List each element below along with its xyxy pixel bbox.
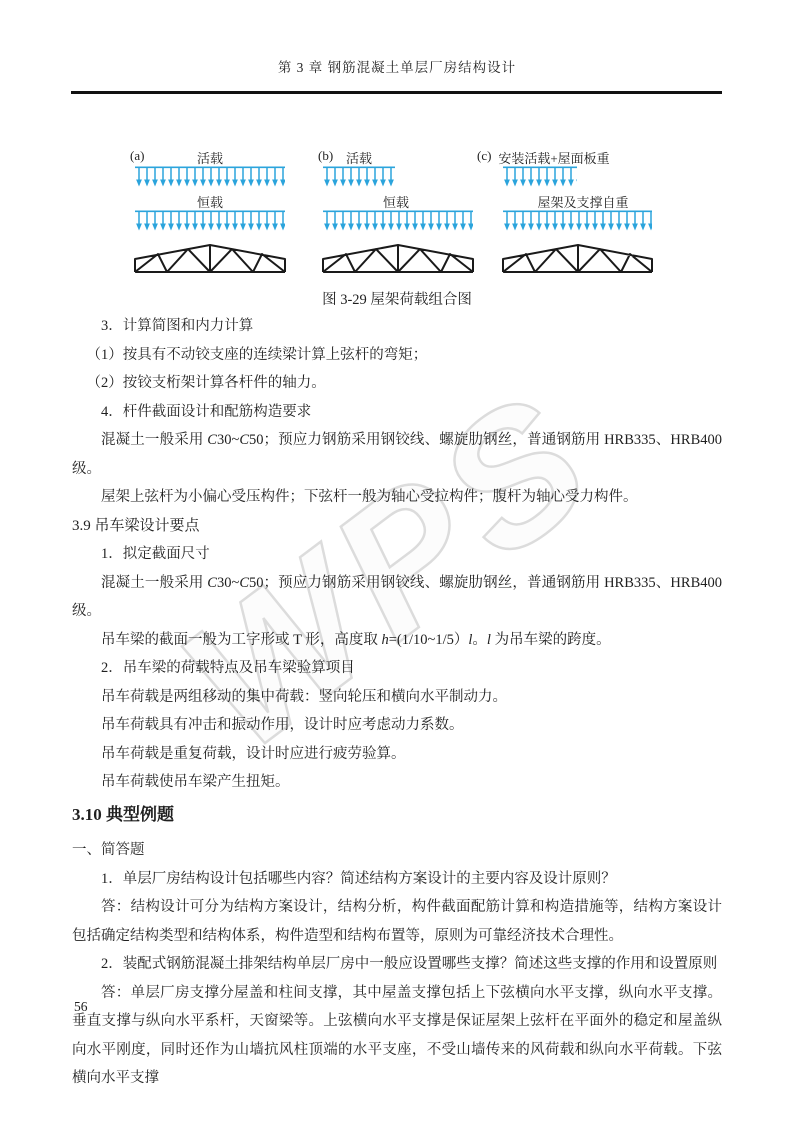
truss-load-panel-c: (c) 安装活载+屋面板重 屋架及支撑自重	[473, 146, 663, 278]
figure-3-29: (a) 活载 恒载 (b) 活载	[0, 146, 793, 316]
question-1: 1．单层厂房结构设计包括哪些内容？简述结构方案设计的主要内容及设计原则？	[72, 865, 722, 894]
paragraph-load-feature-4: 吊车荷载使吊车梁产生扭矩。	[72, 768, 722, 797]
dead-load-label: 恒载	[197, 195, 223, 210]
paragraph-moment-1: （1）按具有不动铰支座的连续梁计算上弦杆的弯矩；	[72, 341, 722, 370]
answer-2: 答：单层厂房支撑分屋盖和柱间支撑，其中屋盖支撑包括上下弦横向水平支撑，纵向水平支…	[72, 979, 722, 1093]
paragraph-load-feature-1: 吊车荷载是两组移动的集中荷载：竖向轮压和横向水平制动力。	[72, 683, 722, 712]
short-answer-title: 一、简答题	[72, 835, 722, 865]
document-page: WPS 第 3 章 钢筋混凝土单层厂房结构设计 (a) 活载 恒载	[0, 0, 793, 1122]
page-number: 56	[74, 999, 88, 1015]
truss-load-panel-b: (b) 活载 恒载	[293, 146, 483, 278]
dead-load-label: 恒载	[383, 195, 409, 210]
roof-truss	[135, 245, 285, 272]
section-heading-3-9: 3.9 吊车梁设计要点	[72, 512, 722, 541]
panel-label: (b)	[318, 148, 333, 163]
paragraph-crane-beam-section: 吊车梁的截面一般为工字形或 T 形，高度取 h=(1/10~1/5）l。l 为吊…	[72, 626, 722, 655]
live-load-arrows-half-span	[323, 167, 395, 188]
roof-truss	[503, 245, 652, 272]
truss-load-panel-a: (a) 活载 恒载	[105, 146, 295, 278]
figure-caption: 图 3-29 屋架荷载组合图	[72, 288, 722, 309]
paragraph-section4-heading: 4．杆件截面设计和配筋构造要求	[72, 398, 722, 427]
dead-load-arrows	[323, 211, 473, 232]
live-load-label: 活载	[346, 151, 372, 166]
paragraph-load-features-heading: 2．吊车梁的荷载特点及吊车梁验算项目	[72, 654, 722, 683]
erection-load-label: 安装活载+屋面板重	[498, 151, 609, 166]
answer-1: 答：结构设计可分为结构方案设计，结构分析，构件截面配筋计算和构造措施等，结构方案…	[72, 893, 722, 950]
dead-load-arrows	[135, 211, 285, 232]
paragraph-calc-heading: 3．计算简图和内力计算	[72, 312, 722, 341]
chapter-header: 第 3 章 钢筋混凝土单层厂房结构设计	[72, 56, 722, 76]
question-2: 2．装配式钢筋混凝土排架结构单层厂房中一般应设置哪些支撑？简述这些支撑的作用和设…	[72, 950, 722, 979]
header-rule	[71, 91, 722, 94]
roof-truss	[323, 245, 473, 272]
paragraph-load-feature-2: 吊车荷载具有冲击和振动作用，设计时应考虑动力系数。	[72, 711, 722, 740]
paragraph-moment-2: （2）按铰支桁架计算各杆件的轴力。	[72, 369, 722, 398]
paragraph-chord-members: 屋架上弦杆为小偏心受压构件；下弦杆一般为轴心受拉构件；腹杆为轴心受力构件。	[72, 483, 722, 512]
paragraph-concrete-grades: 混凝土一般采用 C30~C50；预应力钢筋采用钢铰线、螺旋肋钢丝，普通钢筋用 H…	[72, 426, 722, 483]
section-heading-3-10: 3.10 典型例题	[72, 799, 722, 831]
paragraph-concrete-grades-2: 混凝土一般采用 C30~C50；预应力钢筋采用钢铰线、螺旋肋钢丝，普通钢筋用 H…	[72, 569, 722, 626]
panel-label: (c)	[477, 148, 491, 163]
self-weight-label: 屋架及支撑自重	[537, 195, 628, 210]
erection-load-arrows	[503, 167, 577, 188]
paragraph-load-feature-3: 吊车荷载是重复荷载，设计时应进行疲劳验算。	[72, 740, 722, 769]
self-weight-arrows	[503, 211, 652, 232]
live-load-label: 活载	[197, 151, 223, 166]
paragraph-section-size: 1．拟定截面尺寸	[72, 540, 722, 569]
body-text: 3．计算简图和内力计算 （1）按具有不动铰支座的连续梁计算上弦杆的弯矩； （2）…	[72, 312, 722, 1093]
panel-label: (a)	[130, 148, 144, 163]
live-load-arrows	[135, 167, 285, 188]
